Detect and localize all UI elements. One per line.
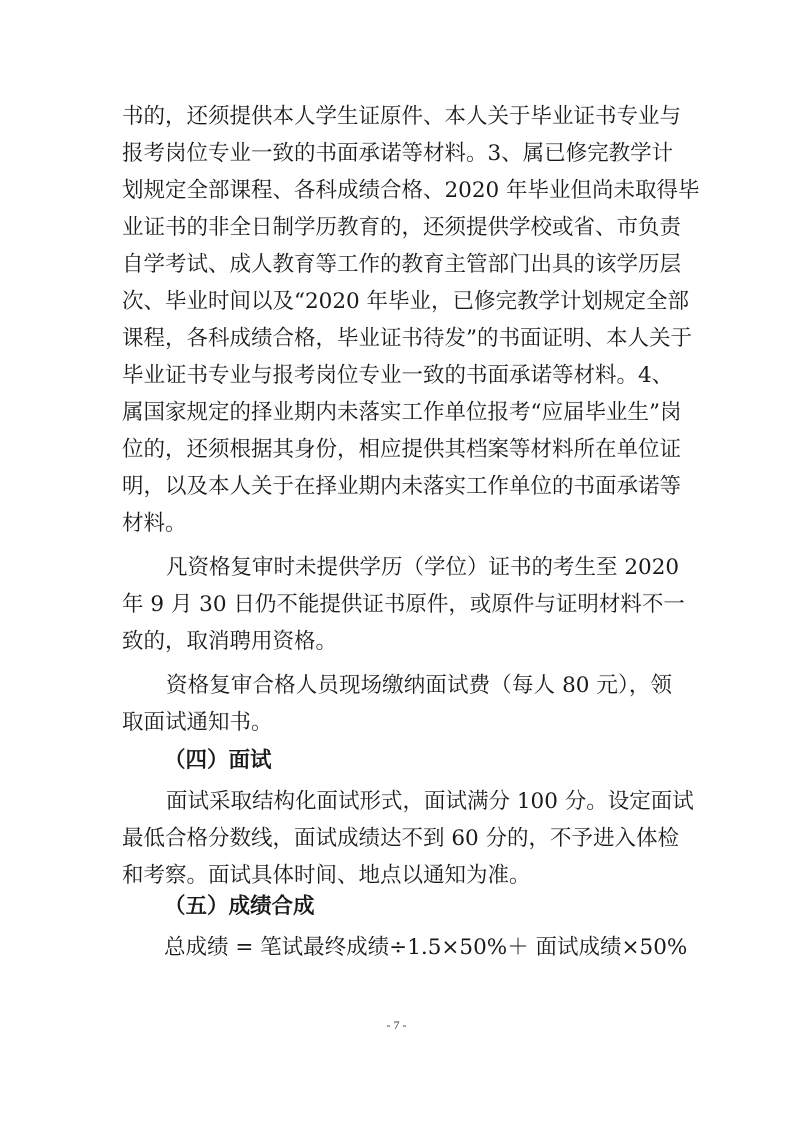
- text-line: 属国家规定的择业期内未落实工作单位报考“应届毕业生”岗: [122, 394, 672, 431]
- text-line: 取面试通知书。: [122, 704, 672, 741]
- text-line: 划规定全部课程、各科成绩合格、2020 年毕业但尚未取得毕: [122, 172, 672, 209]
- text-line: 位的，还须根据其身份，相应提供其档案等材料所在单位证: [122, 431, 672, 468]
- text-line: 次、毕业时间以及“2020 年毕业，已修完教学计划规定全部: [122, 283, 672, 320]
- text-line: 自学考试、成人教育等工作的教育主管部门出具的该学历层: [122, 246, 672, 283]
- page-number: - 7 -: [0, 1018, 793, 1033]
- text-line: 报考岗位专业一致的书面承诺等材料。3、属已修完教学计: [122, 135, 672, 172]
- text-line: 课程，各科成绩合格，毕业证书待发”的书面证明、本人关于: [122, 320, 672, 357]
- document-page: 书的，还须提供本人学生证原件、本人关于毕业证书专业与 报考岗位专业一致的书面承诺…: [0, 0, 793, 1122]
- text-line: 年 9 月 30 日仍不能提供证书原件，或原件与证明材料不一: [122, 586, 672, 623]
- text-line: 毕业证书专业与报考岗位专业一致的书面承诺等材料。4、: [122, 357, 672, 394]
- text-line: 材料。: [122, 505, 672, 542]
- text-line: 书的，还须提供本人学生证原件、本人关于毕业证书专业与: [122, 98, 672, 135]
- text-line: 明，以及本人关于在择业期内未落实工作单位的书面承诺等: [122, 468, 672, 505]
- text-line: 凡资格复审时未提供学历（学位）证书的考生至 2020: [122, 549, 672, 586]
- text-line: 资格复审合格人员现场缴纳面试费（每人 80 元），领: [122, 667, 672, 704]
- text-line: 面试采取结构化面试形式，面试满分 100 分。设定面试: [122, 783, 672, 820]
- text-line: 业证书的非全日制学历教育的，还须提供学校或省、市负责: [122, 209, 672, 246]
- section-heading-interview: （四）面试: [164, 742, 464, 779]
- section-heading-score-calculation: （五）成绩合成: [164, 888, 464, 925]
- text-line: 致的，取消聘用资格。: [122, 623, 672, 660]
- score-formula: 总成绩 = 笔试最终成绩÷1.5×50%＋ 面试成绩×50%: [164, 929, 634, 966]
- text-line: 最低合格分数线，面试成绩达不到 60 分的，不予进入体检: [122, 820, 672, 857]
